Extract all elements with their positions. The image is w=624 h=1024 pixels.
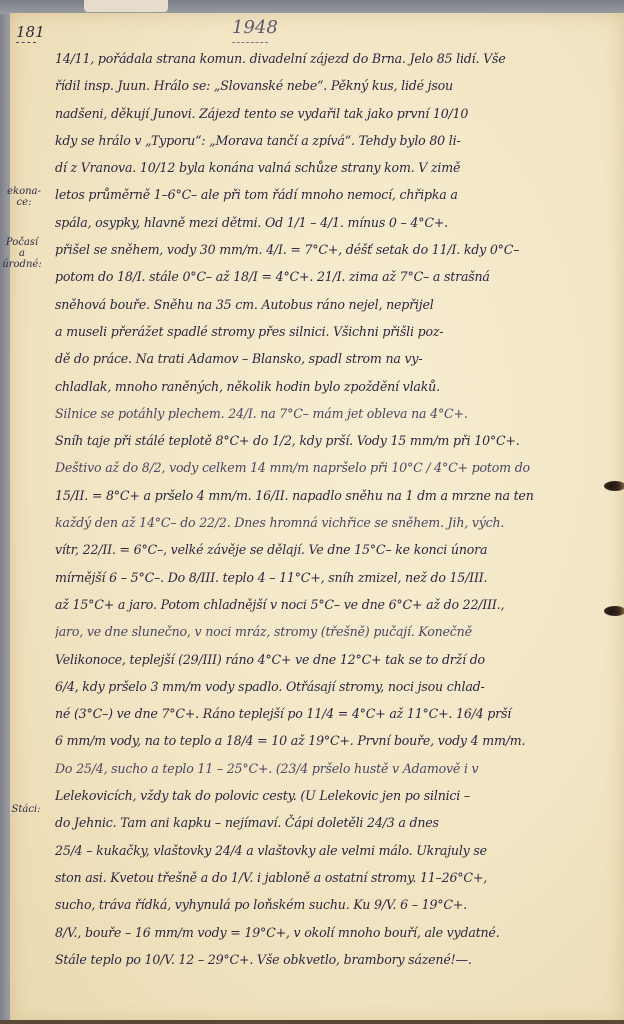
text-line: sněhová bouře. Sněhu na 35 cm. Autobus r… <box>55 291 610 318</box>
handwritten-text-body: 14/11, pořádala strana komun. divadelní … <box>55 45 610 973</box>
text-line: řídil insp. Juun. Hrálo se: „Slovanské n… <box>55 72 610 99</box>
text-line: letos průměrně 1–6°C– ale při tom řádí m… <box>55 181 610 208</box>
scanner-bottom-edge <box>0 1020 624 1024</box>
text-line: ston asi. Kvetou třešně a do 1/V. i jabl… <box>55 864 610 891</box>
text-line: nadšeni, děkují Junovi. Zájezd tento se … <box>55 100 610 127</box>
text-line: kdy se hrálo v „Typoru“: „Morava tančí a… <box>55 127 610 154</box>
text-line: přišel se sněhem, vody 30 mm/m. 4/I. = 7… <box>55 236 610 263</box>
text-line: chladlak, mnoho raněných, několik hodin … <box>55 373 610 400</box>
binder-clip <box>84 0 168 12</box>
text-line: dí z Vranova. 10/12 byla konána valná sc… <box>55 154 610 181</box>
text-line: mírnější 6 – 5°C–. Do 8/III. teplo 4 – 1… <box>55 564 610 591</box>
text-line: Deštivo až do 8/2, vody celkem 14 mm/m n… <box>55 454 610 481</box>
text-line: Sníh taje při stálé teplotě 8°C+ do 1/2,… <box>55 427 610 454</box>
text-line: Lelekovicích, vždy tak do polovic cesty.… <box>55 782 610 809</box>
text-line: sucho, tráva řídká, vyhynulá po loňském … <box>55 891 610 918</box>
text-line: Velikonoce, teplejší (29/III) ráno 4°C+ … <box>55 646 610 673</box>
margin-note-text: Počasí a úrodné: <box>2 237 41 270</box>
text-line: spála, osypky, hlavně mezi dětmi. Od 1/1… <box>55 209 610 236</box>
text-line: dě do práce. Na trati Adamov – Blansko, … <box>55 345 610 372</box>
chronicle-page: 181 1948 ekona- ce: Počasí a úrodné: Stá… <box>10 13 624 1024</box>
text-line: 6/4, kdy pršelo 3 mm/m vody spadlo. Otřá… <box>55 673 610 700</box>
margin-note-birds: Stáci: <box>6 804 46 815</box>
page-number: 181 <box>16 23 45 41</box>
text-line: každý den až 14°C– do 22/2. Dnes hromná … <box>55 509 610 536</box>
text-line: 15/II. = 8°C+ a pršelo 4 mm/m. 16/II. na… <box>55 482 610 509</box>
text-line: 14/11, pořádala strana komun. divadelní … <box>55 45 610 72</box>
text-line: Silnice se potáhly plechem. 24/I. na 7°C… <box>55 400 610 427</box>
text-line: potom do 18/I. stále 0°C– až 18/I = 4°C+… <box>55 263 610 290</box>
text-line: 6 mm/m vody, na to teplo a 18/4 = 10 až … <box>55 727 610 754</box>
margin-note-text: ekona- ce: <box>7 186 41 208</box>
text-line: 8/V., bouře – 16 mm/m vody = 19°C+, v ok… <box>55 919 610 946</box>
text-line: Stále teplo po 10/V. 12 – 29°C+. Vše obk… <box>55 946 610 973</box>
text-line: vítr, 22/II. = 6°C–, velké závěje se děl… <box>55 536 610 563</box>
text-line: 25/4 – kukačky, vlaštovky 24/4 a vlaštov… <box>55 837 610 864</box>
margin-note-text: Stáci: <box>12 804 41 815</box>
page-year-heading: 1948 <box>232 17 278 38</box>
margin-note-economy: ekona- ce: <box>4 186 44 208</box>
text-line: jaro, ve dne slunečno, v noci mráz, stro… <box>55 618 610 645</box>
text-line: do Jehnic. Tam ani kapku – nejímaví. Čáp… <box>55 809 610 836</box>
text-line: až 15°C+ a jaro. Potom chladnější v noci… <box>55 591 610 618</box>
text-line: Do 25/4, sucho a teplo 11 – 25°C+. (23/4… <box>55 755 610 782</box>
binding-hole <box>604 481 624 491</box>
binding-hole <box>604 606 624 616</box>
text-line: a museli přerážet spadlé stromy přes sil… <box>55 318 610 345</box>
text-line: né (3°C–) ve dne 7°C+. Ráno teplejší po … <box>55 700 610 727</box>
margin-note-weather: Počasí a úrodné: <box>2 237 42 270</box>
